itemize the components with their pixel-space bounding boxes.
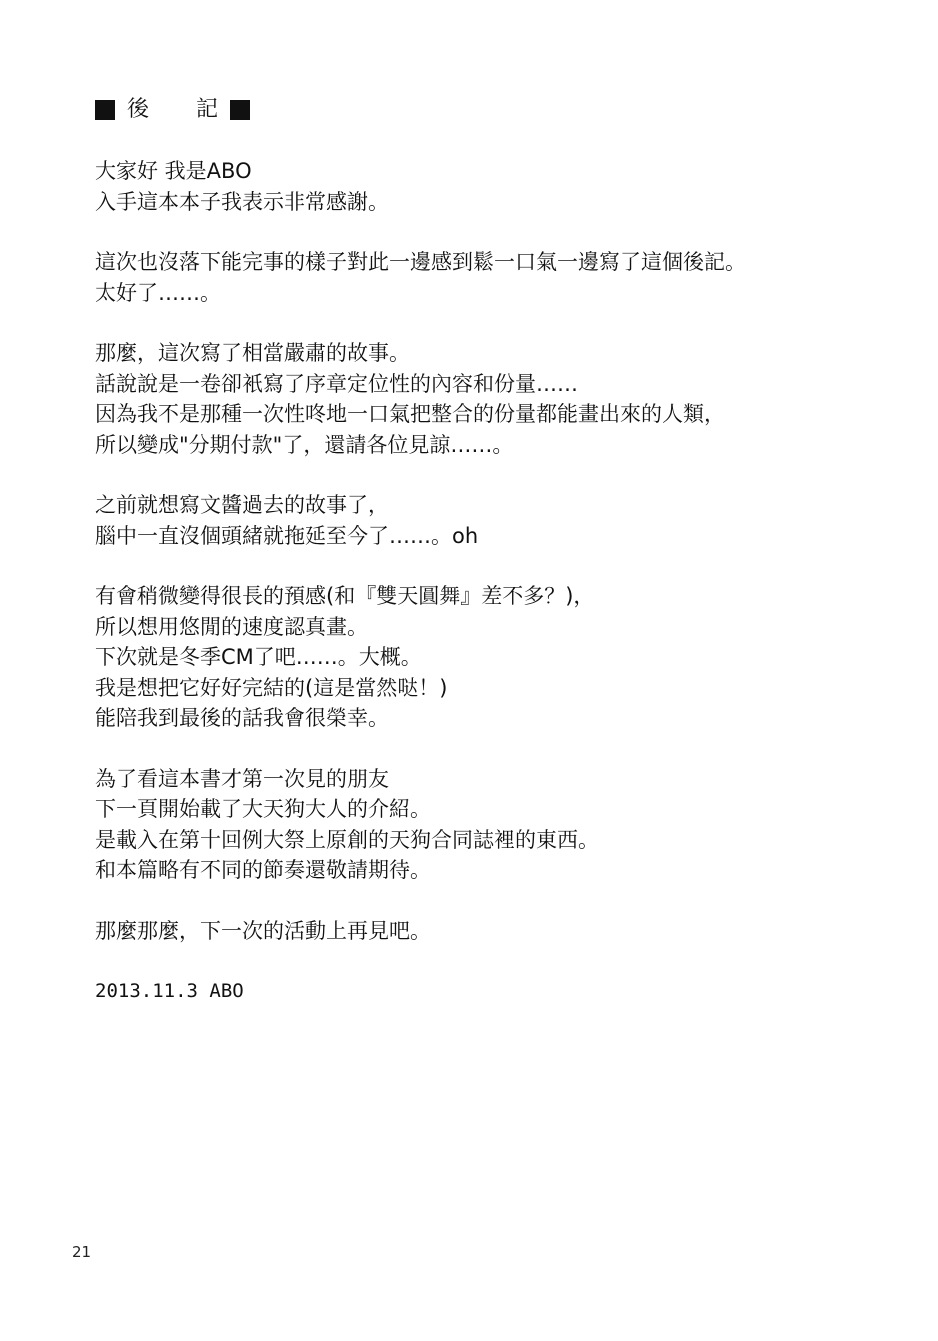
text-line: 入手這本本子我表示非常感謝。	[95, 187, 895, 218]
paragraph-intro-note: 為了看這本書才第一次見的朋友 下一頁開始載了大天狗大人的介紹。 是載入在第十回例…	[95, 764, 895, 886]
paragraph-farewell: 那麼那麼，下一次的活動上再見吧。	[95, 916, 895, 947]
text-line: 為了看這本書才第一次見的朋友	[95, 764, 895, 795]
black-square-icon	[95, 100, 115, 120]
paragraph-story: 那麼，這次寫了相當嚴肅的故事。 話說說是一卷卻衹寫了序章定位性的內容和份量…… …	[95, 338, 895, 460]
text-line: 這次也沒落下能完事的樣子對此一邊感到鬆一口氣一邊寫了這個後記。	[95, 247, 895, 278]
paragraph-greeting: 大家好 我是ABO 入手這本本子我表示非常感謝。	[95, 156, 895, 217]
text-line: 下一頁開始載了大天狗大人的介紹。	[95, 794, 895, 825]
text-line: 之前就想寫文醬過去的故事了，	[95, 490, 895, 521]
black-square-icon	[230, 100, 250, 120]
text-line: 話說說是一卷卻衹寫了序章定位性的內容和份量……	[95, 369, 895, 400]
text-line: 太好了……。	[95, 278, 895, 309]
text-line: 所以變成"分期付款"了，還請各位見諒……。	[95, 430, 895, 461]
text-line: 我是想把它好好完結的(這是當然哒！)	[95, 673, 895, 704]
text-line: 是載入在第十回例大祭上原創的天狗合同誌裡的東西。	[95, 825, 895, 856]
afterword-body: 大家好 我是ABO 入手這本本子我表示非常感謝。 這次也沒落下能完事的樣子對此一…	[95, 156, 895, 1037]
text-line: 和本篇略有不同的節奏還敬請期待。	[95, 855, 895, 886]
text-line: 能陪我到最後的話我會很榮幸。	[95, 703, 895, 734]
page-number: 21	[72, 1243, 91, 1261]
paragraph-relief: 這次也沒落下能完事的樣子對此一邊感到鬆一口氣一邊寫了這個後記。 太好了……。	[95, 247, 895, 308]
heading-text: 後 記	[127, 95, 238, 125]
afterword-heading: 後 記	[95, 95, 250, 125]
text-line: 下次就是冬季CM了吧……。大概。	[95, 642, 895, 673]
text-line: 腦中一直沒個頭緒就拖延至今了……。oh	[95, 521, 895, 552]
text-line: 所以想用悠閒的速度認真畫。	[95, 612, 895, 643]
text-line: 有會稍微變得很長的預感(和『雙天圓舞』差不多？)，	[95, 581, 895, 612]
text-line: 那麼那麼，下一次的活動上再見吧。	[95, 916, 895, 947]
paragraph-past: 之前就想寫文醬過去的故事了， 腦中一直沒個頭緒就拖延至今了……。oh	[95, 490, 895, 551]
text-line: 那麼，這次寫了相當嚴肅的故事。	[95, 338, 895, 369]
signature-date: 2013.11.3 ABO	[95, 976, 895, 1007]
text-line: 因為我不是那種一次性咚地一口氣把整合的份量都能畫出來的人類，	[95, 399, 895, 430]
paragraph-plans: 有會稍微變得很長的預感(和『雙天圓舞』差不多？)， 所以想用悠閒的速度認真畫。 …	[95, 581, 895, 734]
text-line: 大家好 我是ABO	[95, 156, 895, 187]
signature-block: 2013.11.3 ABO	[95, 976, 895, 1007]
